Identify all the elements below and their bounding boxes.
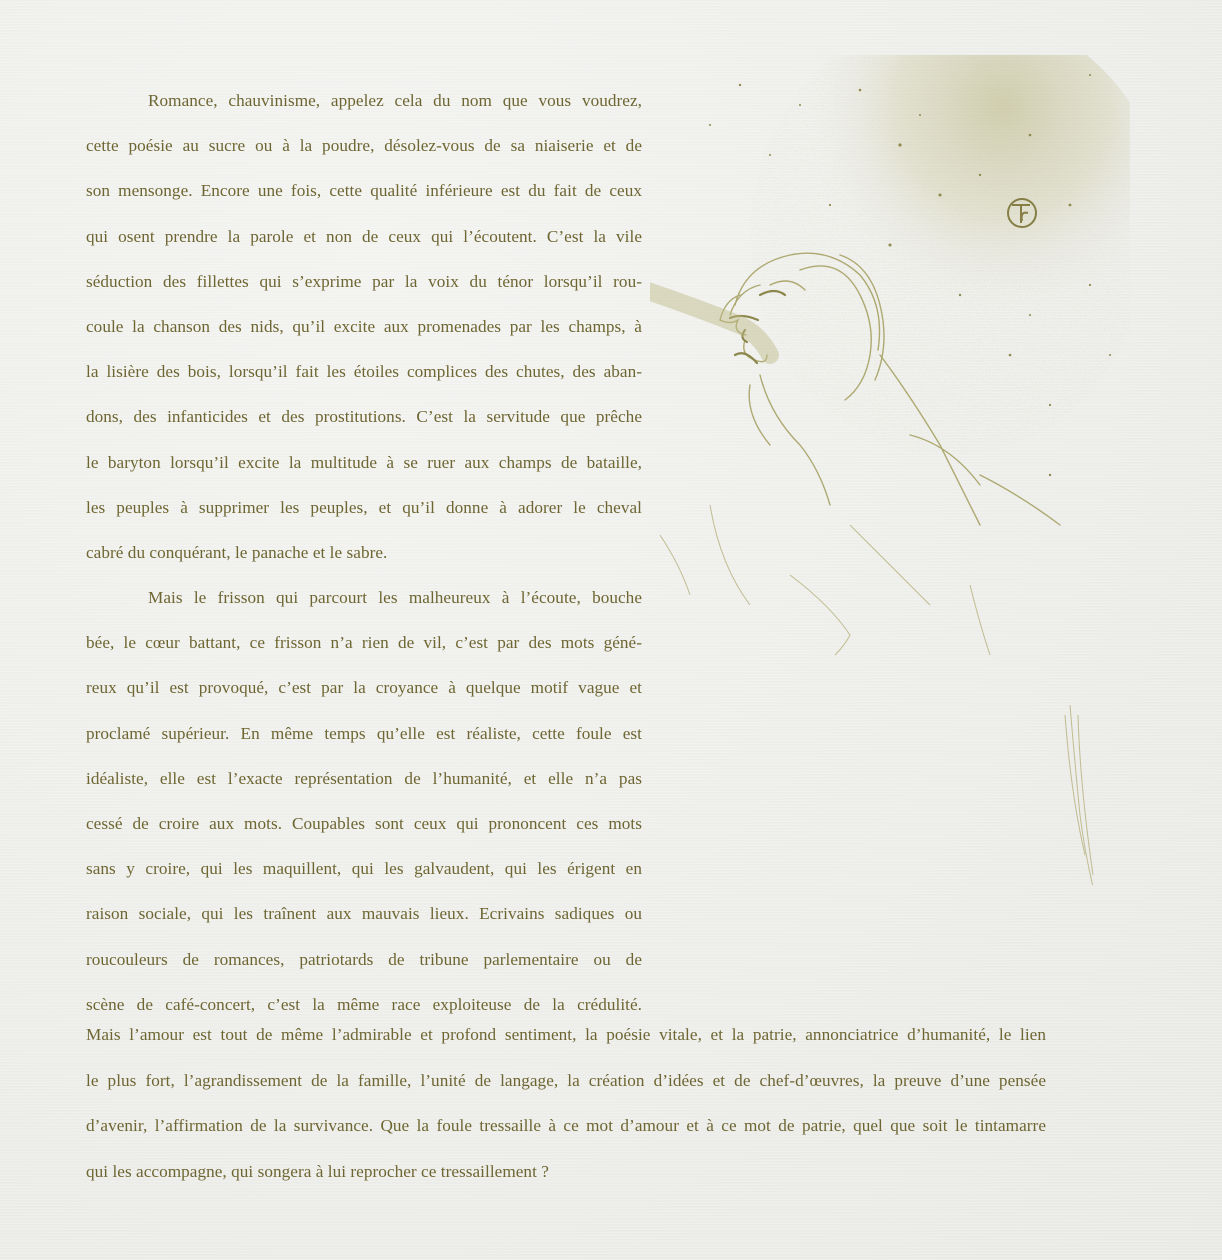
text-line: raison sociale, qui les traînent aux mau… [86,891,642,936]
lithograph-illustration [650,55,1130,885]
text-line: roucouleurs de romances, patriotards de … [86,937,642,982]
text-line: coule la chanson des nids, qu’il excite … [86,304,642,349]
text-line: Mais le frisson qui parcourt les malheur… [86,575,642,620]
paragraph-1: Romance, chauvinisme, appelez cela du no… [86,78,642,575]
text-line: qui osent prendre la parole et non de ce… [86,214,642,259]
book-page: Romance, chauvinisme, appelez cela du no… [0,0,1222,1260]
text-line: Romance, chauvinisme, appelez cela du no… [86,78,642,123]
wide-paragraph: Mais l’amour est tout de même l’admirabl… [86,1012,1046,1194]
text-line: d’avenir, l’affirmation de la survivance… [86,1103,1046,1149]
text-line: cessé de croire aux mots. Coupables sont… [86,801,642,846]
text-line: qui les accompagne, qui songera à lui re… [86,1149,1046,1195]
text-line: son mensonge. Encore une fois, cette qua… [86,168,642,213]
text-line: le plus fort, l’agrandissement de la fam… [86,1058,1046,1104]
text-line: cabré du conquérant, le panache et le sa… [86,530,642,575]
text-line: le baryton lorsqu’il excite la multitude… [86,440,642,485]
text-line: idéaliste, elle est l’exacte représentat… [86,756,642,801]
text-line: les peuples à supprimer les peuples, et … [86,485,642,530]
text-line: reux qu’il est provoqué, c’est par la cr… [86,665,642,710]
text-line: dons, des infanticides et des prostituti… [86,394,642,439]
text-line: Mais l’amour est tout de même l’admirabl… [86,1012,1046,1058]
text-line: cette poésie au sucre ou à la poudre, dé… [86,123,642,168]
text-line: la lisière des bois, lorsqu’il fait les … [86,349,642,394]
text-line: bée, le cœur battant, ce frisson n’a rie… [86,620,642,665]
text-column: Romance, chauvinisme, appelez cela du no… [86,78,642,1027]
paragraph-2: Mais le frisson qui parcourt les malheur… [86,575,642,1027]
text-line: proclamé supérieur. En même temps qu’ell… [86,711,642,756]
singer-sketch-icon [650,55,1130,885]
text-line: sans y croire, qui les maquillent, qui l… [86,846,642,891]
text-line: séduction des fillettes qui s’exprime pa… [86,259,642,304]
